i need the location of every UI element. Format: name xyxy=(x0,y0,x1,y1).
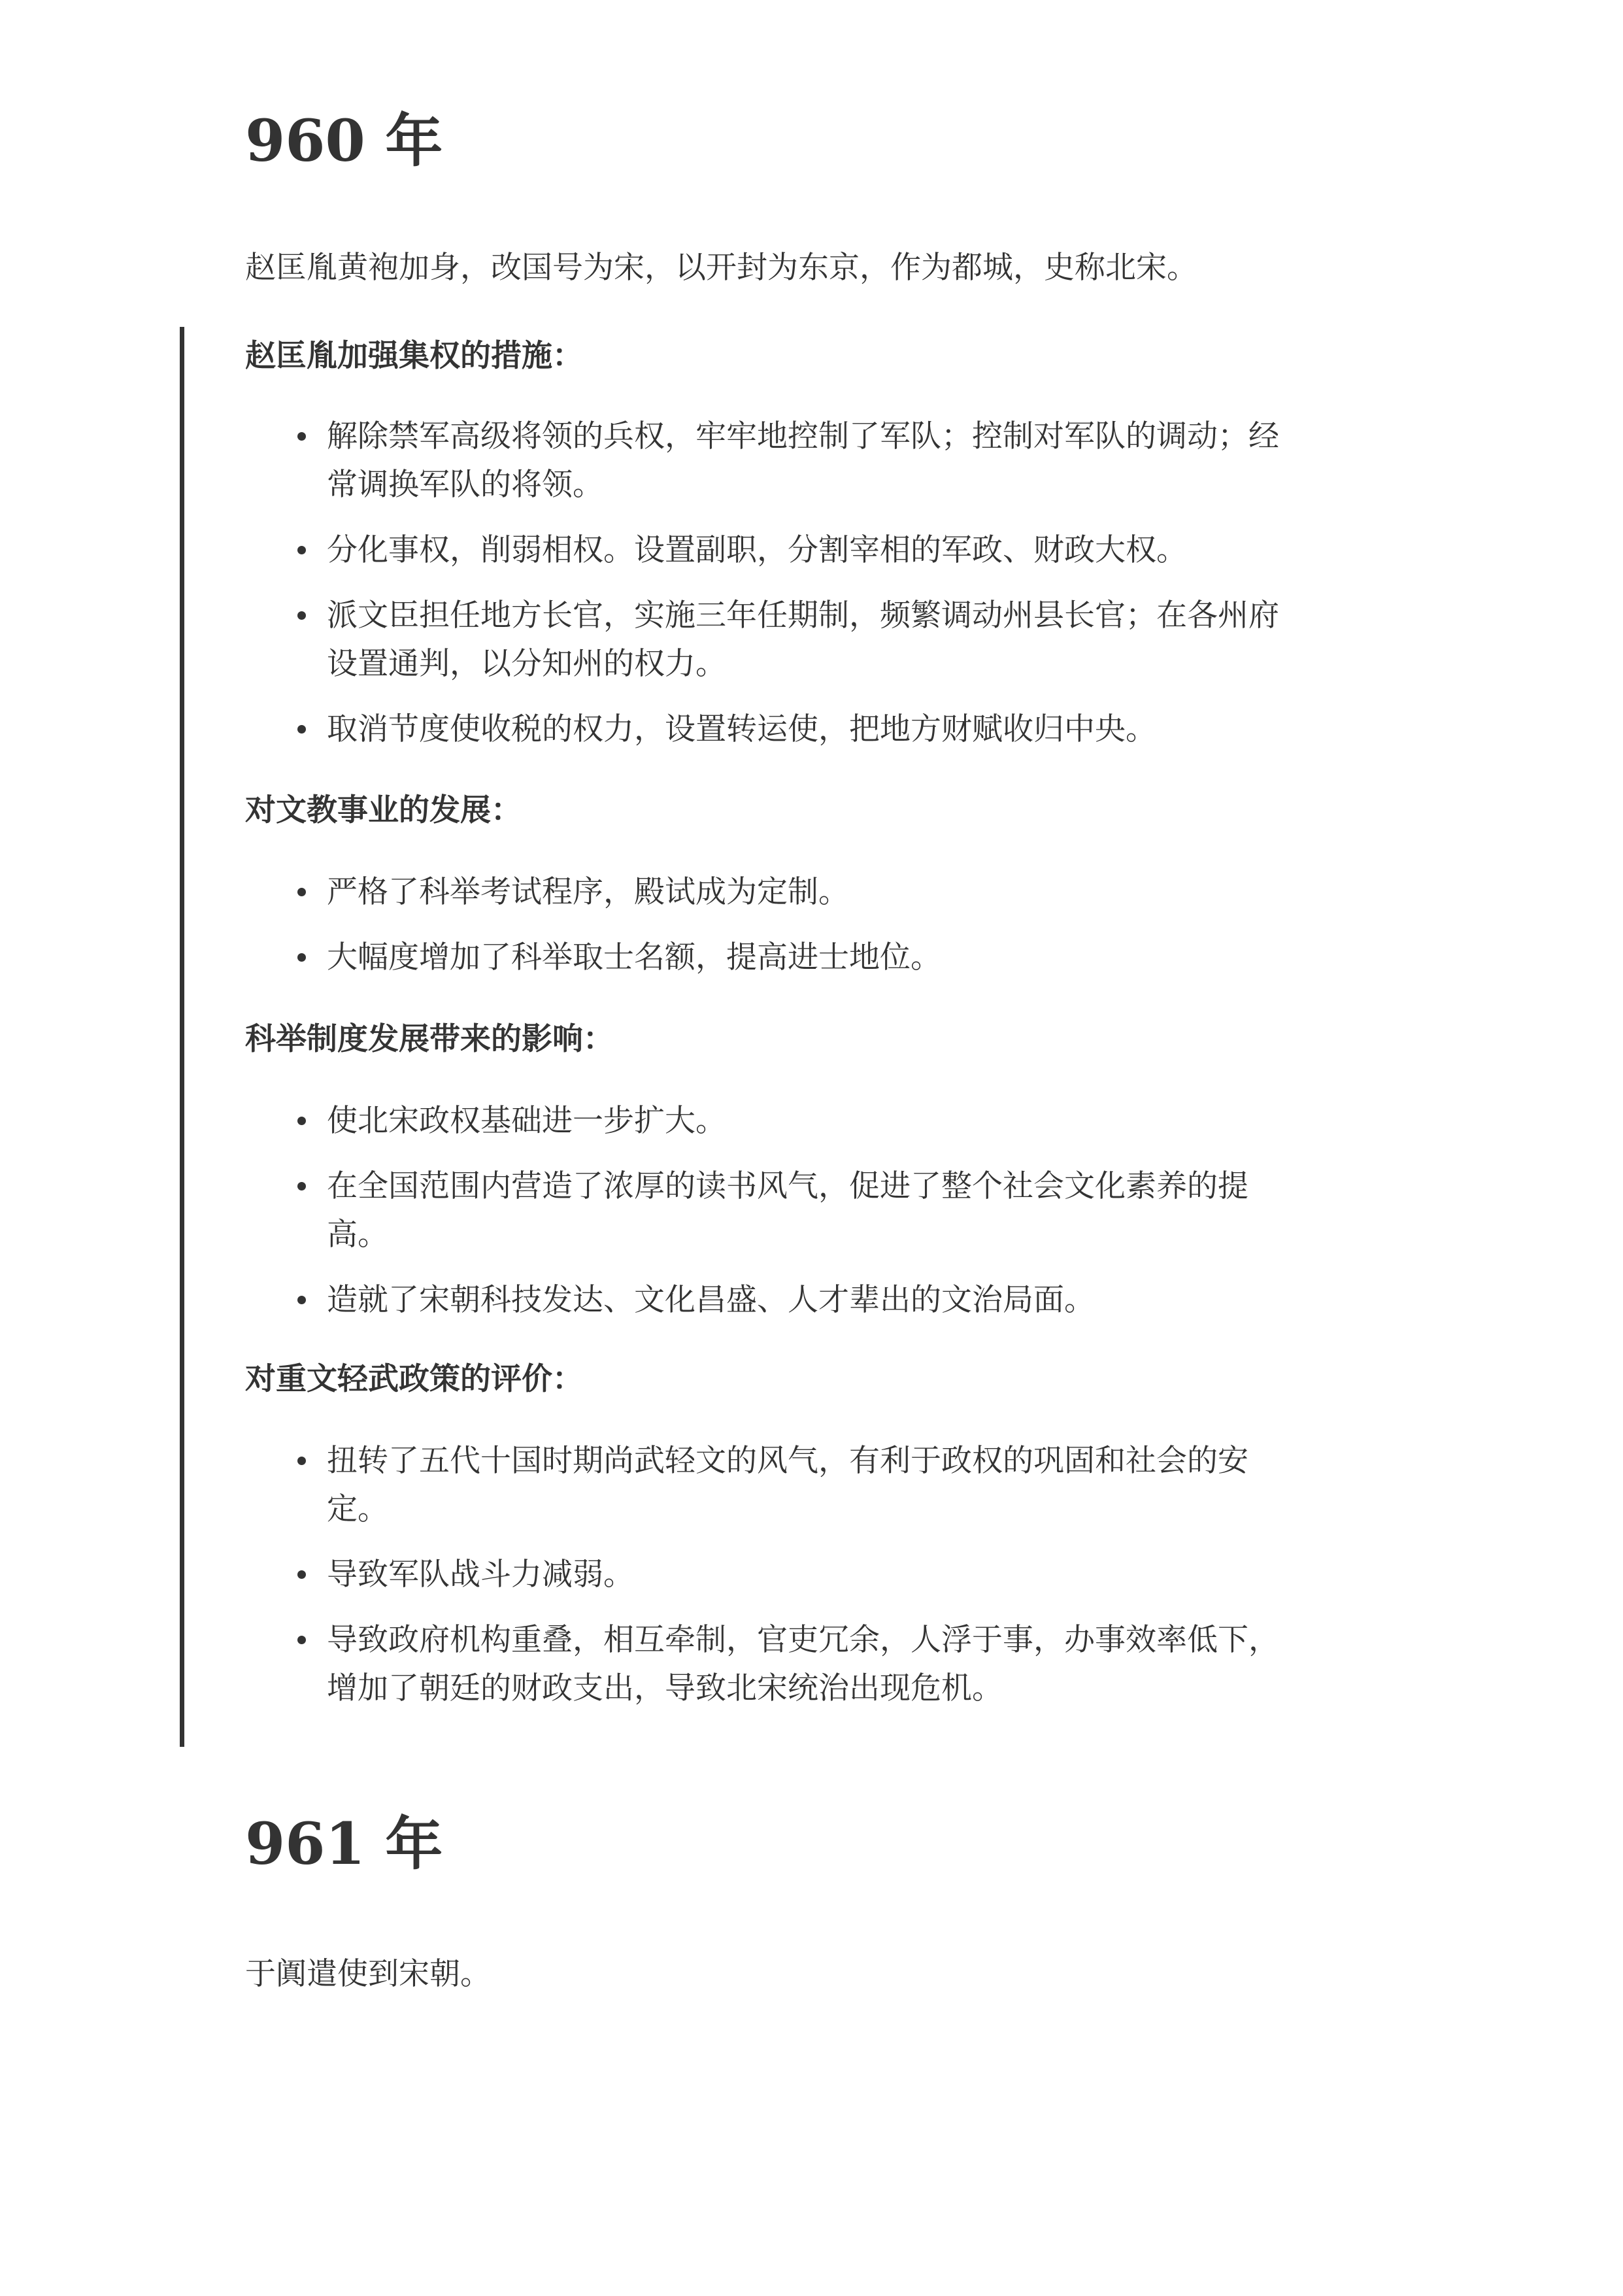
bullet-icon xyxy=(297,1182,306,1190)
intro-paragraph-960: 赵匡胤黄袍加身，改国号为宋，以开封为东京，作为都城，史称北宋。 xyxy=(245,244,1197,292)
bullet-icon xyxy=(297,888,306,896)
list-item: 解除禁军高级将领的兵权，牢牢地控制了军队；控制对军队的调动；经常调换军队的将领。 xyxy=(245,413,1307,509)
subheading-policy-evaluation: 对重文轻武政策的评价： xyxy=(245,1355,583,1404)
bullet-icon xyxy=(297,1457,306,1465)
bullet-icon xyxy=(297,725,306,734)
subheading-education-development: 对文教事业的发展： xyxy=(245,786,522,835)
bullet-icon xyxy=(297,1296,306,1304)
bullet-icon xyxy=(297,1636,306,1644)
bullet-icon xyxy=(297,611,306,620)
list-item: 大幅度增加了科举取士名额，提高进士地位。 xyxy=(245,934,1307,982)
list-item: 使北宋政权基础进一步扩大。 xyxy=(245,1097,1307,1145)
bullet-icon xyxy=(297,1117,306,1125)
list-item: 派文臣担任地方长官，实施三年任期制，频繁调动州县长官；在各州府设置通判，以分知州… xyxy=(245,592,1307,688)
subheading-centralization-measures: 赵匡胤加强集权的措施： xyxy=(245,332,583,380)
list-item: 导致政府机构重叠，相互牵制，官吏冗余，人浮于事，办事效率低下，增加了朝廷的财政支… xyxy=(245,1616,1307,1713)
year-heading-961: 961 年 xyxy=(245,1811,443,1876)
list-item: 分化事权，削弱相权。设置副职，分割宰相的军政、财政大权。 xyxy=(245,526,1307,575)
list-policy-evaluation: 扭转了五代十国时期尚武轻文的风气，有利于政权的巩固和社会的安定。 导致军队战斗力… xyxy=(245,1437,1330,1730)
blockquote: 赵匡胤加强集权的措施： 解除禁军高级将领的兵权，牢牢地控制了军队；控制对军队的调… xyxy=(180,327,1330,1747)
subheading-exam-system-impact: 科举制度发展带来的影响： xyxy=(245,1015,614,1064)
list-item: 造就了宋朝科技发达、文化昌盛、人才辈出的文治局面。 xyxy=(245,1276,1307,1325)
list-education-development: 严格了科举考试程序，殿试成为定制。 大幅度增加了科举取士名额，提高进士地位。 xyxy=(245,868,1330,999)
bullet-icon xyxy=(297,1570,306,1579)
list-centralization-measures: 解除禁军高级将领的兵权，牢牢地控制了军队；控制对军队的调动；经常调换军队的将领。… xyxy=(245,413,1330,771)
list-item: 取消节度使收税的权力，设置转运使，把地方财赋收归中央。 xyxy=(245,705,1307,754)
year-heading-960: 960 年 xyxy=(245,108,443,173)
list-item: 导致军队战斗力减弱。 xyxy=(245,1551,1307,1599)
bullet-icon xyxy=(297,546,306,554)
list-item: 在全国范围内营造了浓厚的读书风气，促进了整个社会文化素养的提高。 xyxy=(245,1162,1307,1259)
bullet-icon xyxy=(297,432,306,441)
bullet-icon xyxy=(297,953,306,962)
list-item: 严格了科举考试程序，殿试成为定制。 xyxy=(245,868,1307,917)
list-exam-system-impact: 使北宋政权基础进一步扩大。 在全国范围内营造了浓厚的读书风气，促进了整个社会文化… xyxy=(245,1097,1330,1342)
list-item: 扭转了五代十国时期尚武轻文的风气，有利于政权的巩固和社会的安定。 xyxy=(245,1437,1307,1534)
intro-paragraph-961: 于阗遣使到宋朝。 xyxy=(245,1950,491,1999)
